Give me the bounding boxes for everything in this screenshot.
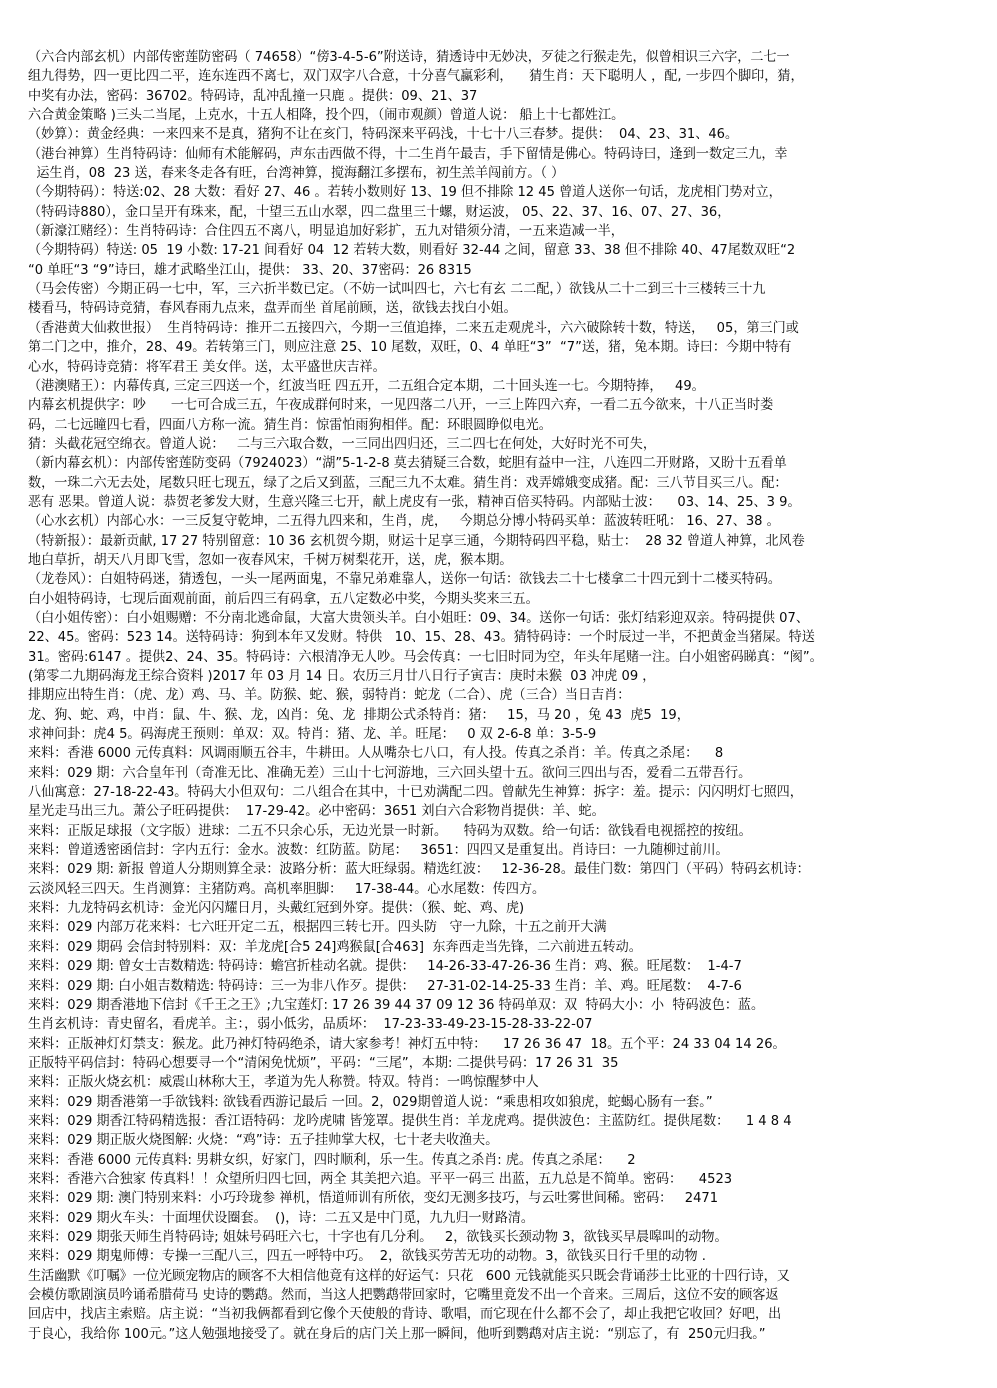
text-line-content: 来料：香港 6000 元传真料: 男耕女织，好家门，四时顺利，乐一生。传真之杀肖… xyxy=(28,1151,636,1170)
text-line-content: 龙、狗、蛇、鸡，中肖：鼠、牛、猴、龙，凶肖：兔、龙 排期公式杀特肖：猪： 15，… xyxy=(28,706,690,725)
text-line-content: 来料：029 期正版火烧图解: 火烧：“鸡”诗：五子挂帅掌大权，七十老夫收渔夫。 xyxy=(28,1131,498,1150)
text-line-content: 来料：029 期: 澳门特别来料：小巧玲珑参 禅机，悟道师训有所依，变幻无测多技… xyxy=(28,1189,718,1208)
text-line-content: 来料：029 期: 新报 曾道人分期则算全录：波路分析：蓝大旺绿弱。精选红波： … xyxy=(28,860,810,879)
text-line-content: 心水，特码诗竞猜：将军君王 美女伴。送，太平盛世庆吉祥。 xyxy=(28,358,386,377)
text-line-content: 恶有 恶果。曾道人说：恭贺老爹发大财，生意兴隆三七开，献上虎皮有一张，精神百倍买… xyxy=(28,493,801,512)
text-line: 码，二七远瞳四七看，四面八方称一流。猜生肖：惊雷怕雨狗相伴。配：环眼圆睁似电光。 xyxy=(28,416,987,435)
text-line-content: 第二门之中，推介，28、49。若转第三门，则应注意 25、10 尾数，双旺，0、… xyxy=(28,338,791,357)
text-line: 白小姐特码诗，七现后面观前面，前后四三有码拿，五八定数必中奖，今期头奖来三五。 xyxy=(28,590,987,609)
text-line: 猜：头截花冠空绵衣。曾道人说： 二与三六取合数，一三同出四归还，三二四七在何处，… xyxy=(28,435,987,454)
text-line-content: （白小姐传密）：白小姐赐赠：不分南北逃命鼠，大富大贵领头羊。白小姐旺：09、34… xyxy=(28,609,809,628)
text-line-content: 六合黄金策略 )三头二当尾，上克水，十五人相降，投个四，（闹市观颜）曾道人说： … xyxy=(28,106,624,125)
text-line-content: 来料：正版神灯灯禁支：猴龙。此乃神灯特码绝杀，请大家参考！神灯五中特： 17 2… xyxy=(28,1035,786,1054)
text-line: “0 单旺“3 “9”诗曰，雄才武略坐江山，提供： 33、20、37密码：26 … xyxy=(28,261,987,280)
text-line-content: 正版特平码信封：特码心想要寻一个“清闲免忧烦”，平码：“三尾”，本期: 二提供号… xyxy=(28,1054,618,1073)
text-line: 求神问卦：虎4 5。码海虎王预则：单双：双。特肖：猪、龙、羊。旺尾： 0 双 2… xyxy=(28,725,987,744)
text-line-content: 31。密码:6147 。提供2、24、35。特码诗：六根清净无人吵。马会传真：一… xyxy=(28,648,823,667)
text-line: 来料：029 期: 新报 曾道人分期则算全录：波路分析：蓝大旺绿弱。精选红波： … xyxy=(28,860,987,879)
text-line: 回店中，找店主索赔。店主说：“当初我俩都看到它像个天使般的背诗、歌唱，而它现在什… xyxy=(28,1305,987,1324)
text-line: 来料：029 期香港第一手欲钱料: 欲钱看西游记最后 一回。2，029期曾道人说… xyxy=(28,1093,987,1112)
text-line-content: 来料：九龙特码玄机诗：金光闪闪耀日月，头戴红冠到外穿。提供：（猴、蛇、鸡、虎) xyxy=(28,899,524,918)
text-line-content: （港台神算）生肖特码诗：仙师有术能解码，声东击西做不得，十二生肖午最吉，手下留情… xyxy=(28,145,788,164)
text-line-content: 来料：正版火烧玄机：威震山林称大王，孝道为先人称赞。特双。特肖：一鸣惊醒梦中人 xyxy=(28,1073,539,1092)
text-line-content: “0 单旺“3 “9”诗曰，雄才武略坐江山，提供： 33、20、37密码：26 … xyxy=(28,261,472,280)
text-line-content: 来料：029 期张天师生肖特码诗; 姐妹号码旺六七，十字也有几分利。 2，欲钱买… xyxy=(28,1228,728,1247)
text-line: （新内幕玄机）：内部传密莲防变码（7924023）“湖”5-1-2-8 莫去猜疑… xyxy=(28,454,987,473)
text-line-content: (第零二九期码海龙王综合资料 )2017 年 03 月 14 日。农历三月廿八日… xyxy=(28,667,655,686)
text-line: 来料：九龙特码玄机诗：金光闪闪耀日月，头戴红冠到外穿。提供：（猴、蛇、鸡、虎) xyxy=(28,899,987,918)
text-line: （龙卷风）：白姐特码迷，猜透包，一头一尾两面鬼，不靠兄弟难靠人，送你一句话：欲钱… xyxy=(28,570,987,589)
text-line: 生肖玄机诗：青史留名，看虎羊。主：，弱小低劣，品质坏： 17-23-33-49-… xyxy=(28,1015,987,1034)
text-line: 来料：029 期: 白小姐吉数精选: 特码诗：三一为非八作歹。提供： 27-31… xyxy=(28,977,987,996)
text-line: 运生肖，08 23 送，春来冬走各有旺，台湾神算，搅海翻江多摆布，初生羔羊闯前方… xyxy=(28,164,987,183)
text-line: 来料：029 期鬼师傅：专操一三配八三，四五一呼特中巧。 2，欲钱买劳苦无功的动… xyxy=(28,1247,987,1266)
text-line-content: 星光走马出三九。萧公子旺码提供： 17-29-42。必中密码：3651 刘白六合… xyxy=(28,802,605,821)
text-line: （今期特码）：特送:02、28 大数：看好 27、46 。若转小数则好 13、1… xyxy=(28,183,987,202)
text-line: 来料：029 期：六合皇年刊（奇准无比、准确无差）三山十七河游地，三六回头望十五… xyxy=(28,764,987,783)
text-line-content: （港澳赌王）：内幕传真, 三定三四送一个，红波当旺 四五开，二五组合定本期，二十… xyxy=(28,377,705,396)
text-line: （香港黄大仙救世报） 生肖特码诗：推开二五接四六，今期一三值追捧，二来五走观虎斗… xyxy=(28,319,987,338)
text-line-content: 来料：029 内部万花来料：七六旺开定二五，根据四三转七开。四头防 守一九除，十… xyxy=(28,918,607,937)
text-line-content: 组九得势，四一更比四二平，连东连西不离七，双门双字八合意，十分喜气赢彩利， 猜生… xyxy=(28,67,804,86)
text-line: 来料：正版足球报（文字版）进球：二五不只余心乐，无边光景一时新。 特码为双数。给… xyxy=(28,822,987,841)
text-line: 来料：香港六合独家 传真料！！众望所归四七回，两全 其美把六追。平平一码三 出蓝… xyxy=(28,1170,987,1189)
text-line: （特码诗880），金口呈开有珠来，配，十望三五山水翠，四二盘里三十螺，财运波， … xyxy=(28,203,987,222)
text-line: （妙算）：黄金经典：一来四来不是真，猪狗不让在亥门，特码深来平码浅，十七十八三春… xyxy=(28,125,987,144)
text-line-content: （龙卷风）：白姐特码迷，猜透包，一头一尾两面鬼，不靠兄弟难靠人，送你一句话：欲钱… xyxy=(28,570,781,589)
text-line: 来料：029 期香江特码精选报：香江语特码：龙吟虎啸 皆笼罩。提供生肖：羊龙虎鸡… xyxy=(28,1112,987,1131)
text-line-content: （新濠江赌经）：生肖特码诗：合住四五不离八，明显追加好彩扩，五九对错须分清，一五… xyxy=(28,222,624,241)
text-line-content: （六合内部玄机）内部传密莲防密码（ 74658）“傍3-4-5-6”附送诗，猜透… xyxy=(28,48,790,67)
text-line-content: 于良心，我给你 100元。”这人勉强地接受了。就在身后的店门关上那一瞬间，他听到… xyxy=(28,1325,766,1344)
text-line-content: 回店中，找店主索赔。店主说：“当初我俩都看到它像个天使般的背诗、歌唱，而它现在什… xyxy=(28,1305,781,1324)
text-line: 来料：029 期张天师生肖特码诗; 姐妹号码旺六七，十字也有几分利。 2，欲钱买… xyxy=(28,1228,987,1247)
text-line: 生活幽默《叮嘱》一位光顾宠物店的顾客不大相信他竟有这样的好运气：只花 600 元… xyxy=(28,1267,987,1286)
text-line: （六合内部玄机）内部传密莲防密码（ 74658）“傍3-4-5-6”附送诗，猜透… xyxy=(28,48,987,67)
text-line: 正版特平码信封：特码心想要寻一个“清闲免忧烦”，平码：“三尾”，本期: 二提供号… xyxy=(28,1054,987,1073)
text-line: 中奖有办法，密码：36702。特码诗，乱冲乱撞一只鹿 。提供：09、21、37 xyxy=(28,87,987,106)
text-line: 八仙寓意：27-18-22-43。特码大小但双句：二八组合在其中，十已劝满配二四… xyxy=(28,783,987,802)
text-line: 楼看马，特码诗竞猜，春风春雨九点来，盘弄而坐 首尾前顾，送，欲钱去找白小姐。 xyxy=(28,299,987,318)
text-line-content: （特新报）：最新贡献, 17 27 特别留意：10 36 玄机贺今期，财运十足享… xyxy=(28,532,805,551)
text-line: 22、45。密码：523 14。送特码诗：狗到本年又发财。特供 10、15、28… xyxy=(28,628,987,647)
text-line-content: 内幕玄机提供字：吵 一七可合成三五，午夜成群何时来，一见四落二八开，一三上阵四六… xyxy=(28,396,773,415)
text-line: 来料：香港 6000 元传真料：风调雨顺五谷丰，牛耕田。人从嘴杂七八口，有人投。… xyxy=(28,744,987,763)
text-line-content: 排期应出特生肖：（虎、龙）鸡、马、羊。防猴、蛇、猴，弱特肖：蛇龙（二合）、虎（三… xyxy=(28,686,630,705)
text-line: 来料：正版神灯灯禁支：猴龙。此乃神灯特码绝杀，请大家参考！神灯五中特： 17 2… xyxy=(28,1035,987,1054)
text-line-content: （新内幕玄机）：内部传密莲防变码（7924023）“湖”5-1-2-8 莫去猜疑… xyxy=(28,454,787,473)
text-line: 会模仿歌剧演员吟诵希腊荷马 史诗的鹦鹉。然而，当这人把鹦鹉带回家时，它嘴里竟发不… xyxy=(28,1286,987,1305)
text-line-content: 来料：029 期: 曾女士吉数精选: 特码诗：蟾宫折桂动名就。提供： 14-26… xyxy=(28,957,742,976)
text-line-content: 生肖玄机诗：青史留名，看虎羊。主：，弱小低劣，品质坏： 17-23-33-49-… xyxy=(28,1015,593,1034)
text-line: 内幕玄机提供字：吵 一七可合成三五，午夜成群何时来，一见四落二八开，一三上阵四六… xyxy=(28,396,987,415)
text-line: 来料：正版火烧玄机：威震山林称大王，孝道为先人称赞。特双。特肖：一鸣惊醒梦中人 xyxy=(28,1073,987,1092)
text-line: 恶有 恶果。曾道人说：恭贺老爹发大财，生意兴隆三七开，献上虎皮有一张，精神百倍买… xyxy=(28,493,987,512)
text-line: (第零二九期码海龙王综合资料 )2017 年 03 月 14 日。农历三月廿八日… xyxy=(28,667,987,686)
text-line-content: 来料：029 期鬼师傅：专操一三配八三，四五一呼特中巧。 2，欲钱买劳苦无功的动… xyxy=(28,1247,706,1266)
text-line-content: （特码诗880），金口呈开有珠来，配，十望三五山水翠，四二盘里三十螺，财运波， … xyxy=(28,203,730,222)
text-line: 六合黄金策略 )三头二当尾，上克水，十五人相降，投个四，（闹市观颜）曾道人说： … xyxy=(28,106,987,125)
text-line: 排期应出特生肖：（虎、龙）鸡、马、羊。防猴、蛇、猴，弱特肖：蛇龙（二合）、虎（三… xyxy=(28,686,987,705)
text-line-content: 来料：029 期码 会信封特别料：双：羊龙虎[合5 24]鸡猴鼠[合463] 东… xyxy=(28,938,642,957)
text-line-content: 数，一珠二六无去处，尾数只旺七现五，绿了之后又到蓝，三配三九不太难。猜生肖：戏弄… xyxy=(28,474,788,493)
text-line-content: 来料：029 期火车头：十面埋伏设圈套。 ()，诗：二五又是中门觅，九九归一财路… xyxy=(28,1209,534,1228)
document-page: （六合内部玄机）内部传密莲防密码（ 74658）“傍3-4-5-6”附送诗，猜透… xyxy=(0,0,997,1388)
text-line-content: 22、45。密码：523 14。送特码诗：狗到本年又发财。特供 10、15、28… xyxy=(28,628,815,647)
text-line: （港台神算）生肖特码诗：仙师有术能解码，声东击西做不得，十二生肖午最吉，手下留情… xyxy=(28,145,987,164)
text-line: 数，一珠二六无去处，尾数只旺七现五，绿了之后又到蓝，三配三九不太难。猜生肖：戏弄… xyxy=(28,474,987,493)
text-line: （今期特码）特送: 05 19 小数: 17-21 间看好 04 12 若转大数… xyxy=(28,241,987,260)
text-line-content: 求神问卦：虎4 5。码海虎王预则：单双：双。特肖：猪、龙、羊。旺尾： 0 双 2… xyxy=(28,725,596,744)
text-line: 心水，特码诗竞猜：将军君王 美女伴。送，太平盛世庆吉祥。 xyxy=(28,358,987,377)
text-line-content: 八仙寓意：27-18-22-43。特码大小但双句：二八组合在其中，十已劝满配二四… xyxy=(28,783,803,802)
text-line: （新濠江赌经）：生肖特码诗：合住四五不离八，明显追加好彩扩，五九对错须分清，一五… xyxy=(28,222,987,241)
text-line: 来料：029 期火车头：十面埋伏设圈套。 ()，诗：二五又是中门觅，九九归一财路… xyxy=(28,1209,987,1228)
text-line: （白小姐传密）：白小姐赐赠：不分南北逃命鼠，大富大贵领头羊。白小姐旺：09、34… xyxy=(28,609,987,628)
text-line: 31。密码:6147 。提供2、24、35。特码诗：六根清净无人吵。马会传真：一… xyxy=(28,648,987,667)
text-line-content: 运生肖，08 23 送，春来冬走各有旺，台湾神算，搅海翻江多摆布，初生羔羊闯前方… xyxy=(28,164,564,183)
text-line: 于良心，我给你 100元。”这人勉强地接受了。就在身后的店门关上那一瞬间，他听到… xyxy=(28,1325,987,1344)
text-line: 来料：029 期: 澳门特别来料：小巧玲珑参 禅机，悟道师训有所依，变幻无测多技… xyxy=(28,1189,987,1208)
text-line-content: 会模仿歌剧演员吟诵希腊荷马 史诗的鹦鹉。然而，当这人把鹦鹉带回家时，它嘴里竟发不… xyxy=(28,1286,779,1305)
text-line: 来料：曾道透密函信封：字内五行：金水。波数：红防蓝。防尾： 3651：四四又是重… xyxy=(28,841,987,860)
text-line-content: 楼看马，特码诗竞猜，春风春雨九点来，盘弄而坐 首尾前顾，送，欲钱去找白小姐。 xyxy=(28,299,517,318)
text-line: 来料：029 内部万花来料：七六旺开定二五，根据四三转七开。四头防 守一九除，十… xyxy=(28,918,987,937)
text-line-content: 生活幽默《叮嘱》一位光顾宠物店的顾客不大相信他竟有这样的好运气：只花 600 元… xyxy=(28,1267,790,1286)
text-line-content: 白小姐特码诗，七现后面观前面，前后四三有码拿，五八定数必中奖，今期头奖来三五。 xyxy=(28,590,539,609)
text-line-content: 云淡风轻三四天。生肖测算：主猪防鸡。高机率胆脚： 17-38-44。心水尾数：传… xyxy=(28,880,545,899)
text-line: 星光走马出三九。萧公子旺码提供： 17-29-42。必中密码：3651 刘白六合… xyxy=(28,802,987,821)
text-line-content: （马会传密）今期正码一七中，军，三六折半数已定。（不妨一试叫四七，六七有玄 二二… xyxy=(28,280,765,299)
text-line: 来料：029 期码 会信封特别料：双：羊龙虎[合5 24]鸡猴鼠[合463] 东… xyxy=(28,938,987,957)
text-line-content: （今期特码）：特送:02、28 大数：看好 27、46 。若转小数则好 13、1… xyxy=(28,183,782,202)
text-line: （港澳赌王）：内幕传真, 三定三四送一个，红波当旺 四五开，二五组合定本期，二十… xyxy=(28,377,987,396)
text-line-content: 来料：029 期：六合皇年刊（奇准无比、准确无差）三山十七河游地，三六回头望十五… xyxy=(28,764,751,783)
text-line-content: 来料：正版足球报（文字版）进球：二五不只余心乐，无边光景一时新。 特码为双数。给… xyxy=(28,822,752,841)
text-line-content: （心水玄机）内部心水：一三反复守乾坤，二五得九四来和，生肖，虎， 今期总分博小特… xyxy=(28,512,780,531)
text-line-content: 来料：029 期香港第一手欲钱料: 欲钱看西游记最后 一回。2，029期曾道人说… xyxy=(28,1093,713,1112)
text-line: 地白草折，胡天八月即飞雪，忽如一夜春风宋，千树万树梨花开，送，虎，猴本期。 xyxy=(28,551,987,570)
text-line-content: （今期特码）特送: 05 19 小数: 17-21 间看好 04 12 若转大数… xyxy=(28,241,795,260)
text-line: 云淡风轻三四天。生肖测算：主猪防鸡。高机率胆脚： 17-38-44。心水尾数：传… xyxy=(28,880,987,899)
text-line: （心水玄机）内部心水：一三反复守乾坤，二五得九四来和，生肖，虎， 今期总分博小特… xyxy=(28,512,987,531)
text-line-content: 来料：029 期: 白小姐吉数精选: 特码诗：三一为非八作歹。提供： 27-31… xyxy=(28,977,742,996)
text-line: 来料：香港 6000 元传真料: 男耕女织，好家门，四时顺利，乐一生。传真之杀肖… xyxy=(28,1151,987,1170)
text-line: 龙、狗、蛇、鸡，中肖：鼠、牛、猴、龙，凶肖：兔、龙 排期公式杀特肖：猪： 15，… xyxy=(28,706,987,725)
text-line-content: 来料：029 期香江特码精选报：香江语特码：龙吟虎啸 皆笼罩。提供生肖：羊龙虎鸡… xyxy=(28,1112,792,1131)
text-line: 来料：029 期香港地下信封《千王之王》;九宝莲灯: 17 26 39 44 3… xyxy=(28,996,987,1015)
text-line: （特新报）：最新贡献, 17 27 特别留意：10 36 玄机贺今期，财运十足享… xyxy=(28,532,987,551)
text-line-content: 来料：曾道透密函信封：字内五行：金水。波数：红防蓝。防尾： 3651：四四又是重… xyxy=(28,841,729,860)
text-line-content: （妙算）：黄金经典：一来四来不是真，猪狗不让在亥门，特码深来平码浅，十七十八三春… xyxy=(28,125,738,144)
text-line-content: 中奖有办法，密码：36702。特码诗，乱冲乱撞一只鹿 。提供：09、21、37 xyxy=(28,87,477,106)
text-line-content: 来料：香港 6000 元传真料：风调雨顺五谷丰，牛耕田。人从嘴杂七八口，有人投。… xyxy=(28,744,723,763)
text-line: （马会传密）今期正码一七中，军，三六折半数已定。（不妨一试叫四七，六七有玄 二二… xyxy=(28,280,987,299)
text-line: 第二门之中，推介，28、49。若转第三门，则应注意 25、10 尾数，双旺，0、… xyxy=(28,338,987,357)
text-line: 来料：029 期正版火烧图解: 火烧：“鸡”诗：五子挂帅掌大权，七十老夫收渔夫。 xyxy=(28,1131,987,1150)
text-line-content: 猜：头截花冠空绵衣。曾道人说： 二与三六取合数，一三同出四归还，三二四七在何处，… xyxy=(28,435,656,454)
text-line: 组九得势，四一更比四二平，连东连西不离七，双门双字八合意，十分喜气赢彩利， 猜生… xyxy=(28,67,987,86)
text-line-content: （香港黄大仙救世报） 生肖特码诗：推开二五接四六，今期一三值追捧，二来五走观虎斗… xyxy=(28,319,799,338)
text-line-content: 地白草折，胡天八月即飞雪，忽如一夜春风宋，千树万树梨花开，送，虎，猴本期。 xyxy=(28,551,513,570)
text-line: 来料：029 期: 曾女士吉数精选: 特码诗：蟾宫折桂动名就。提供： 14-26… xyxy=(28,957,987,976)
text-line-content: 码，二七远瞳四七看，四面八方称一流。猜生肖：惊雷怕雨狗相伴。配：环眼圆睁似电光。 xyxy=(28,416,552,435)
text-line-content: 来料：香港六合独家 传真料！！众望所归四七回，两全 其美把六追。平平一码三 出蓝… xyxy=(28,1170,732,1189)
text-line-content: 来料：029 期香港地下信封《千王之王》;九宝莲灯: 17 26 39 44 3… xyxy=(28,996,764,1015)
document-body: （六合内部玄机）内部传密莲防密码（ 74658）“傍3-4-5-6”附送诗，猜透… xyxy=(28,48,987,1344)
